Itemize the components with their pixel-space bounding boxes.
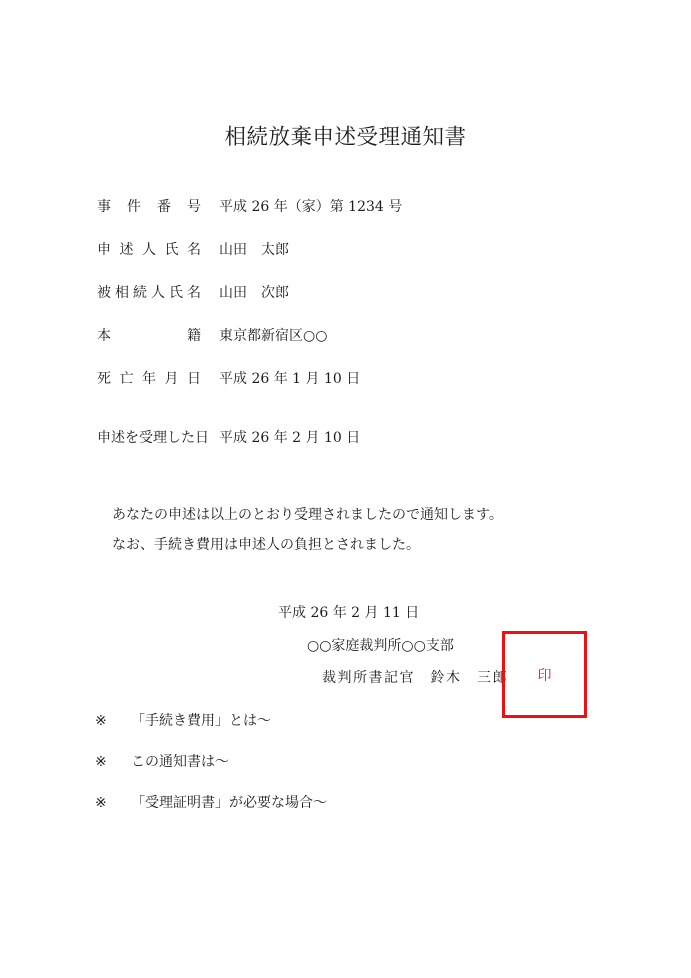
field-label: 本籍 <box>97 327 201 346</box>
issuing-court: ○○家庭裁判所○○支部 <box>307 636 454 656</box>
seal-box: 印 <box>502 631 587 718</box>
notice-body: あなたの申述は以上のとおり受理されましたので通知します。 なお、手続き費用は申述… <box>112 500 503 560</box>
field-value: 平成 26 年 1 月 10 日 <box>219 370 360 389</box>
notice-document-page: 相続放棄申述受理通知書 事件番号 平成 26 年（家）第 1234 号 申述人氏… <box>0 0 691 978</box>
field-value: 平成 26 年 2 月 10 日 <box>219 429 360 448</box>
field-value: 山田 次郎 <box>219 284 289 303</box>
notice-body-line-2: なお、手続き費用は申述人の負担とされました。 <box>112 530 503 560</box>
seal-placeholder-mark: 印 <box>538 665 552 685</box>
document-title: 相続放棄申述受理通知書 <box>0 120 691 151</box>
reference-mark-icon: ※ <box>95 712 110 753</box>
notice-body-line-1: あなたの申述は以上のとおり受理されましたので通知します。 <box>112 500 503 530</box>
footnote-text: この通知書は～ <box>131 753 229 794</box>
footnote-about-notice: ※ この通知書は～ <box>95 753 595 794</box>
footnote-text: 「受理証明書」が必要な場合～ <box>131 794 327 835</box>
field-value: 山田 太郎 <box>219 241 289 260</box>
field-label: 死亡年月日 <box>97 370 201 389</box>
field-row-death-date: 死亡年月日 平成 26 年 1 月 10 日 <box>97 370 597 413</box>
field-row-decedent-name: 被相続人氏名 山田 次郎 <box>97 284 597 327</box>
field-value: 東京都新宿区○○ <box>219 327 327 346</box>
field-row-domicile: 本籍 東京都新宿区○○ <box>97 327 597 370</box>
court-clerk-name: 裁判所書記官 鈴木 三郎 <box>322 668 508 688</box>
reference-mark-icon: ※ <box>95 794 110 835</box>
issue-date: 平成 26 年 2 月 11 日 <box>278 603 419 623</box>
footnote-text: 「手続き費用」とは～ <box>131 712 271 753</box>
footnote-procedure-cost: ※ 「手続き費用」とは～ <box>95 712 595 753</box>
reference-mark-icon: ※ <box>95 753 110 794</box>
footnote-acceptance-certificate: ※ 「受理証明書」が必要な場合～ <box>95 794 595 835</box>
field-row-case-number: 事件番号 平成 26 年（家）第 1234 号 <box>97 198 597 241</box>
field-label: 申述を受理した日 <box>97 429 201 448</box>
footnotes: ※ 「手続き費用」とは～ ※ この通知書は～ ※ 「受理証明書」が必要な場合～ <box>95 712 595 835</box>
case-fields: 事件番号 平成 26 年（家）第 1234 号 申述人氏名 山田 太郎 被相続人… <box>97 198 597 472</box>
field-row-petitioner-name: 申述人氏名 山田 太郎 <box>97 241 597 284</box>
field-row-acceptance-date: 申述を受理した日 平成 26 年 2 月 10 日 <box>97 429 597 472</box>
field-label: 申述人氏名 <box>97 241 201 260</box>
field-value: 平成 26 年（家）第 1234 号 <box>219 198 402 217</box>
field-label: 被相続人氏名 <box>97 284 201 303</box>
field-label: 事件番号 <box>97 198 201 217</box>
